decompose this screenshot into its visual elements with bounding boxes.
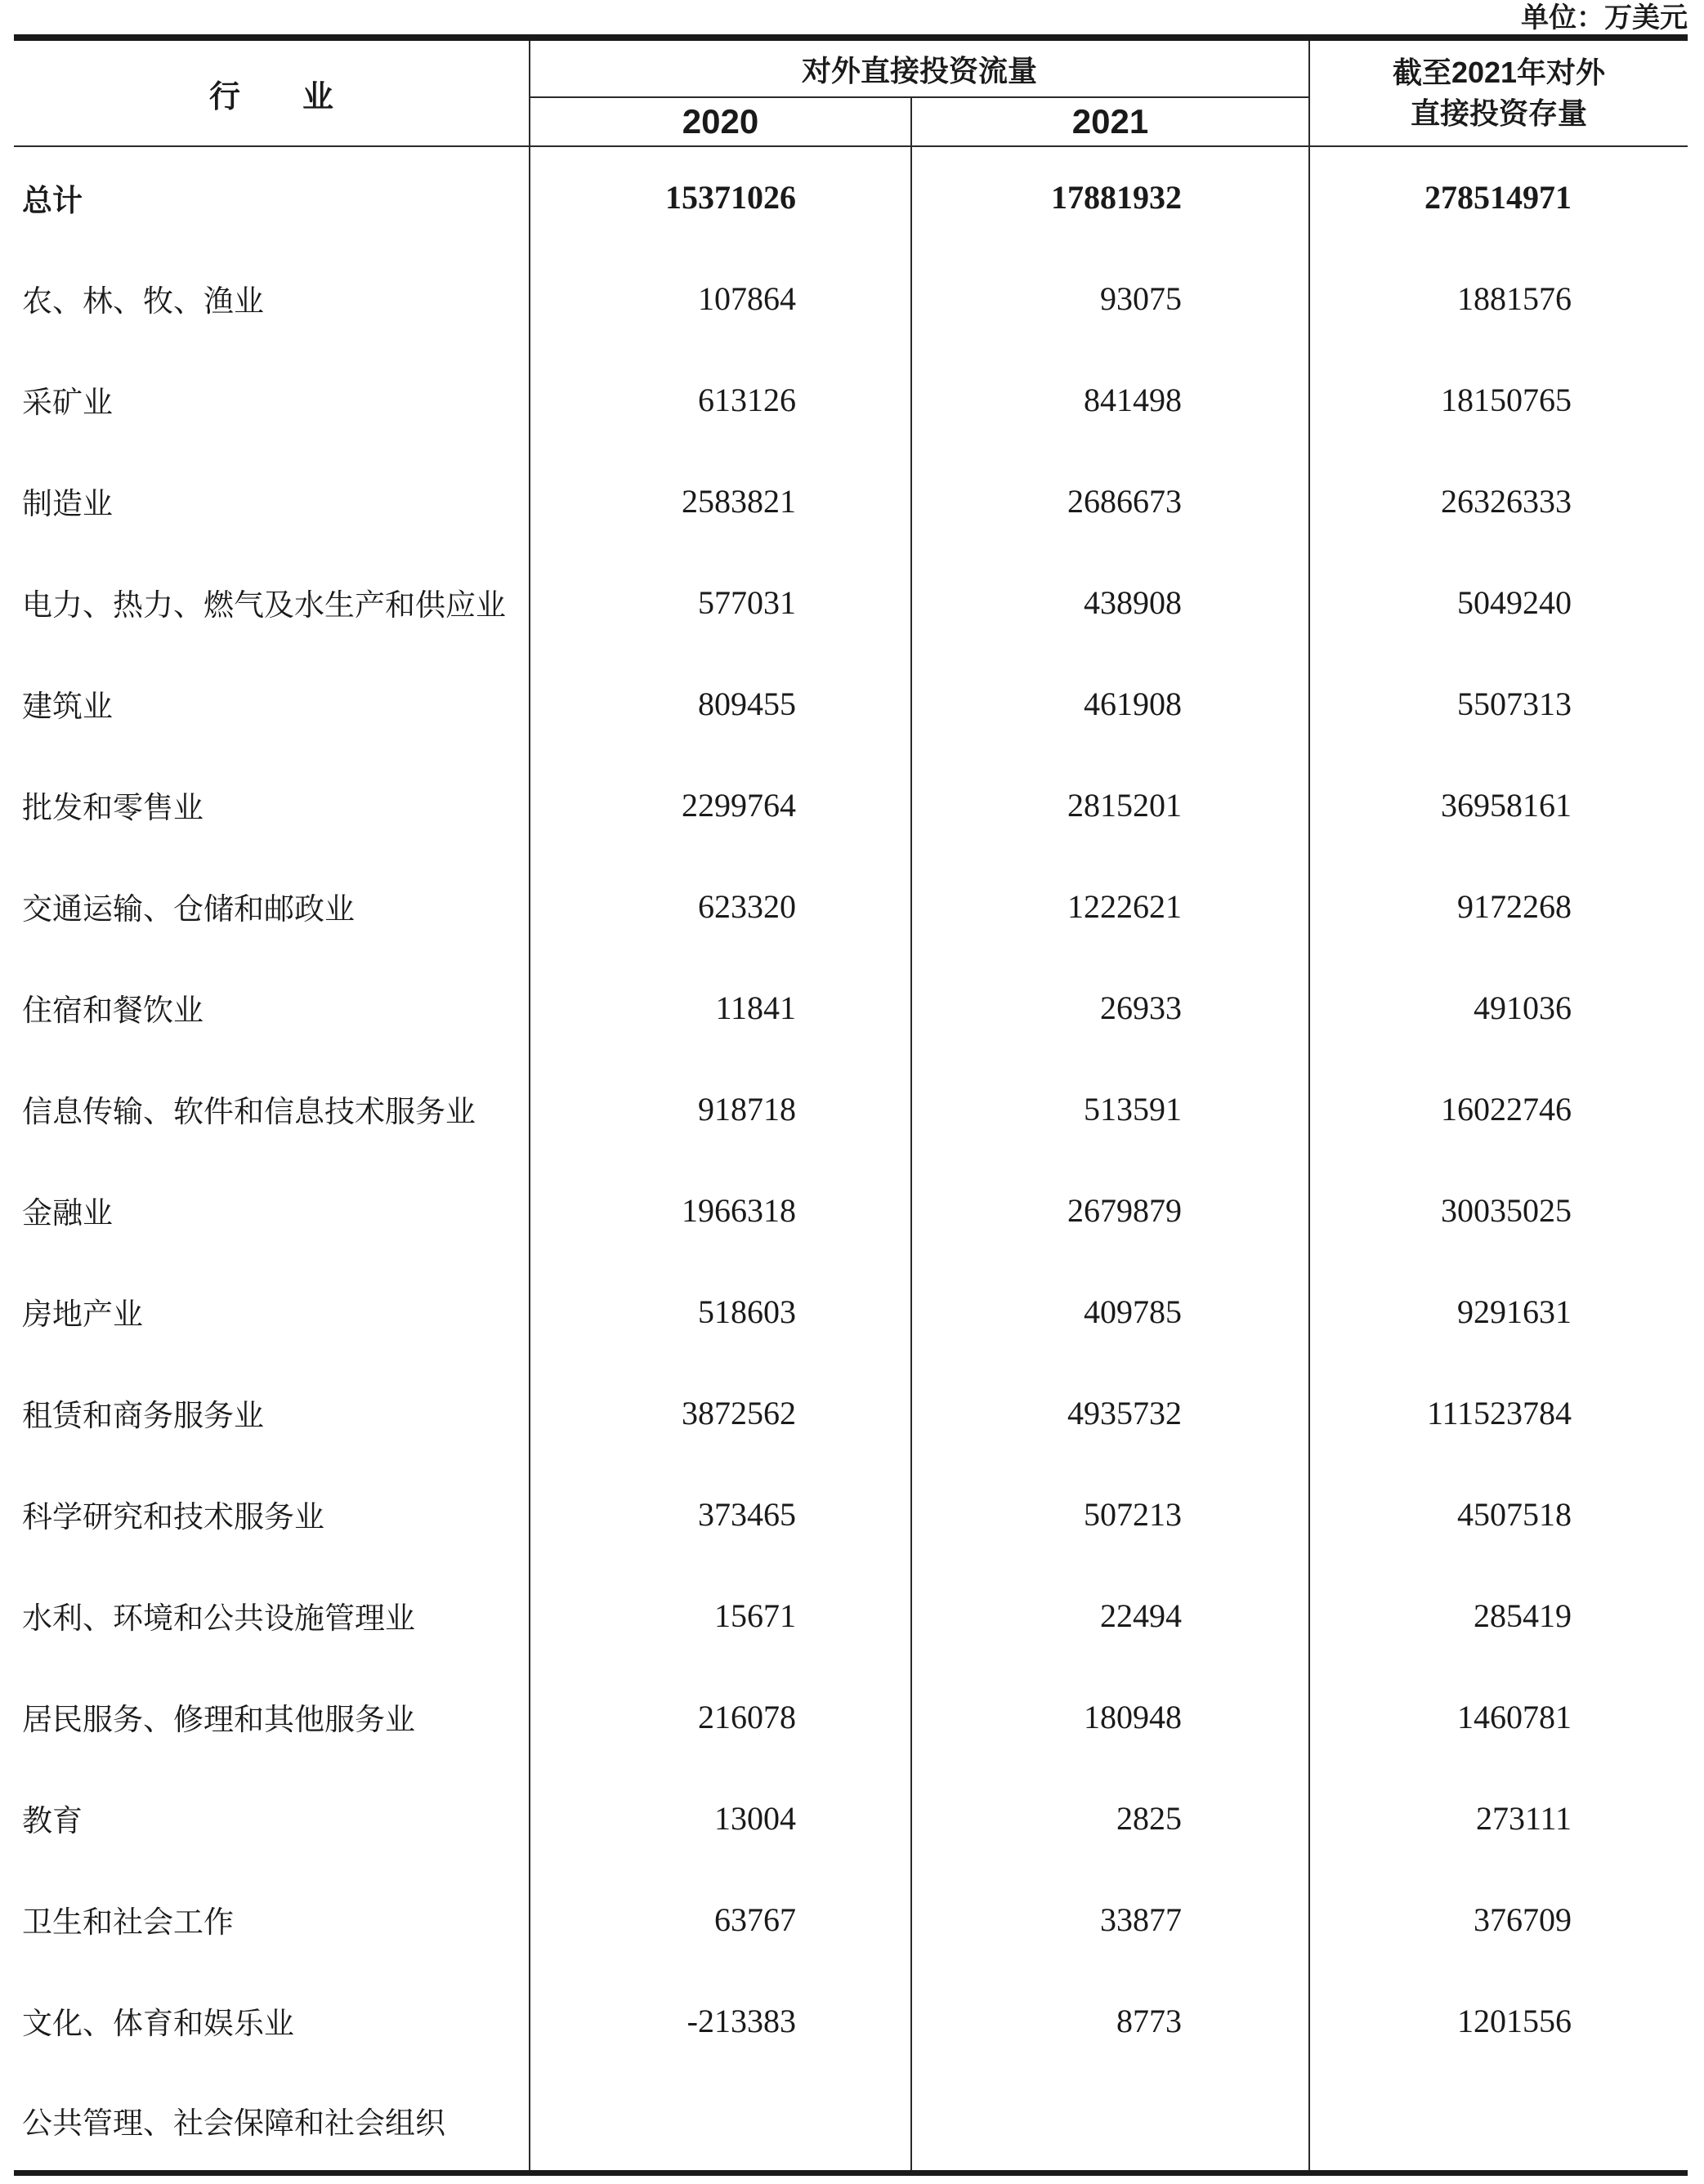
value-2020: 518603 [530, 1261, 911, 1362]
value-2020: 577031 [530, 552, 911, 653]
value-2020: 63767 [530, 1869, 911, 1970]
header-year-2020: 2020 [530, 97, 911, 146]
value-2020: 15371026 [530, 146, 911, 248]
header-year-2021: 2021 [911, 97, 1309, 146]
value-2020: 15671 [530, 1565, 911, 1666]
value-2021: 33877 [911, 1869, 1309, 1970]
header-row-1: 行 业 对外直接投资流量 截至2021年对外 直接投资存量 [14, 38, 1688, 97]
row-label: 总计 [14, 146, 530, 248]
value-2021: 2825 [911, 1767, 1309, 1869]
row-label: 文化、体育和娱乐业 [14, 1970, 530, 2071]
value-stock: 36958161 [1309, 754, 1688, 855]
value-2020: 13004 [530, 1767, 911, 1869]
row-label: 公共管理、社会保障和社会组织 [14, 2071, 530, 2173]
row-label: 居民服务、修理和其他服务业 [14, 1666, 530, 1767]
value-2021: 93075 [911, 248, 1309, 349]
table-row: 批发和零售业2299764281520136958161 [14, 754, 1688, 855]
value-2020: 2299764 [530, 754, 911, 855]
value-stock: 1881576 [1309, 248, 1688, 349]
value-2020: 3872562 [530, 1362, 911, 1463]
table-row: 教育130042825273111 [14, 1767, 1688, 1869]
table-row: 电力、热力、燃气及水生产和供应业5770314389085049240 [14, 552, 1688, 653]
row-label: 制造业 [14, 450, 530, 552]
value-stock: 9172268 [1309, 855, 1688, 957]
value-stock: 16022746 [1309, 1058, 1688, 1159]
table-row: 租赁和商务服务业38725624935732111523784 [14, 1362, 1688, 1463]
unit-label: 单位：万美元 [0, 0, 1688, 33]
row-label: 农、林、牧、渔业 [14, 248, 530, 349]
row-label: 批发和零售业 [14, 754, 530, 855]
table-row: 采矿业61312684149818150765 [14, 349, 1688, 450]
table-row: 金融业1966318267987930035025 [14, 1159, 1688, 1261]
value-2021: 26933 [911, 957, 1309, 1058]
value-2021: 841498 [911, 349, 1309, 450]
table-row: 水利、环境和公共设施管理业1567122494285419 [14, 1565, 1688, 1666]
value-stock [1309, 2071, 1688, 2173]
value-2020: 918718 [530, 1058, 911, 1159]
value-2021: 2815201 [911, 754, 1309, 855]
value-2021: 461908 [911, 653, 1309, 754]
table-row: 卫生和社会工作6376733877376709 [14, 1869, 1688, 1970]
value-2021: 2686673 [911, 450, 1309, 552]
value-stock: 285419 [1309, 1565, 1688, 1666]
header-stock: 截至2021年对外 直接投资存量 [1309, 38, 1688, 146]
value-stock: 1201556 [1309, 1970, 1688, 2071]
row-label: 房地产业 [14, 1261, 530, 1362]
value-2021: 507213 [911, 1463, 1309, 1565]
value-2020: 11841 [530, 957, 911, 1058]
value-2021: 2679879 [911, 1159, 1309, 1261]
table-row: 制造业2583821268667326326333 [14, 450, 1688, 552]
header-flow-group: 对外直接投资流量 [530, 38, 1309, 97]
table-row: 信息传输、软件和信息技术服务业91871851359116022746 [14, 1058, 1688, 1159]
value-2021: 409785 [911, 1261, 1309, 1362]
value-stock: 376709 [1309, 1869, 1688, 1970]
row-label: 交通运输、仓储和邮政业 [14, 855, 530, 957]
table-row: 总计1537102617881932278514971 [14, 146, 1688, 248]
value-2020: 2583821 [530, 450, 911, 552]
row-label: 电力、热力、燃气及水生产和供应业 [14, 552, 530, 653]
value-2020: 1966318 [530, 1159, 911, 1261]
header-stock-line2: 直接投资存量 [1310, 93, 1688, 134]
value-2021: 17881932 [911, 146, 1309, 248]
table-row: 文化、体育和娱乐业-21338387731201556 [14, 1970, 1688, 2071]
row-label: 建筑业 [14, 653, 530, 754]
header-industry: 行 业 [14, 38, 530, 146]
row-label: 卫生和社会工作 [14, 1869, 530, 1970]
value-stock: 1460781 [1309, 1666, 1688, 1767]
document-page: 单位：万美元 行 业 对外直接投资流量 截至2021年对外 直接投资存量 202… [0, 0, 1704, 2176]
table-row: 居民服务、修理和其他服务业2160781809481460781 [14, 1666, 1688, 1767]
value-stock: 278514971 [1309, 146, 1688, 248]
value-stock: 26326333 [1309, 450, 1688, 552]
value-stock: 4507518 [1309, 1463, 1688, 1565]
value-stock: 9291631 [1309, 1261, 1688, 1362]
table-header: 行 业 对外直接投资流量 截至2021年对外 直接投资存量 2020 2021 [14, 38, 1688, 146]
row-label: 信息传输、软件和信息技术服务业 [14, 1058, 530, 1159]
row-label: 科学研究和技术服务业 [14, 1463, 530, 1565]
value-stock: 30035025 [1309, 1159, 1688, 1261]
row-label: 水利、环境和公共设施管理业 [14, 1565, 530, 1666]
value-stock: 273111 [1309, 1767, 1688, 1869]
row-label: 租赁和商务服务业 [14, 1362, 530, 1463]
value-2020 [530, 2071, 911, 2173]
value-2020: -213383 [530, 1970, 911, 2071]
value-2021: 22494 [911, 1565, 1309, 1666]
value-2021: 438908 [911, 552, 1309, 653]
value-2021: 8773 [911, 1970, 1309, 2071]
table-body: 总计1537102617881932278514971农、林、牧、渔业10786… [14, 146, 1688, 2173]
value-stock: 5049240 [1309, 552, 1688, 653]
value-2021: 513591 [911, 1058, 1309, 1159]
table-row: 建筑业8094554619085507313 [14, 653, 1688, 754]
value-2021: 180948 [911, 1666, 1309, 1767]
value-2020: 613126 [530, 349, 911, 450]
row-label: 教育 [14, 1767, 530, 1869]
outbound-investment-table: 行 业 对外直接投资流量 截至2021年对外 直接投资存量 2020 2021 … [14, 34, 1688, 2176]
value-2020: 107864 [530, 248, 911, 349]
table-row: 交通运输、仓储和邮政业62332012226219172268 [14, 855, 1688, 957]
value-2020: 216078 [530, 1666, 911, 1767]
value-2021: 1222621 [911, 855, 1309, 957]
header-stock-line1: 截至2021年对外 [1310, 52, 1688, 93]
value-stock: 18150765 [1309, 349, 1688, 450]
value-stock: 111523784 [1309, 1362, 1688, 1463]
value-2021 [911, 2071, 1309, 2173]
value-stock: 5507313 [1309, 653, 1688, 754]
table-row: 科学研究和技术服务业3734655072134507518 [14, 1463, 1688, 1565]
table-row: 公共管理、社会保障和社会组织 [14, 2071, 1688, 2173]
value-2021: 4935732 [911, 1362, 1309, 1463]
value-2020: 809455 [530, 653, 911, 754]
table-row: 房地产业5186034097859291631 [14, 1261, 1688, 1362]
value-2020: 623320 [530, 855, 911, 957]
table-row: 住宿和餐饮业1184126933491036 [14, 957, 1688, 1058]
value-stock: 491036 [1309, 957, 1688, 1058]
table-row: 农、林、牧、渔业107864930751881576 [14, 248, 1688, 349]
value-2020: 373465 [530, 1463, 911, 1565]
row-label: 住宿和餐饮业 [14, 957, 530, 1058]
row-label: 金融业 [14, 1159, 530, 1261]
row-label: 采矿业 [14, 349, 530, 450]
